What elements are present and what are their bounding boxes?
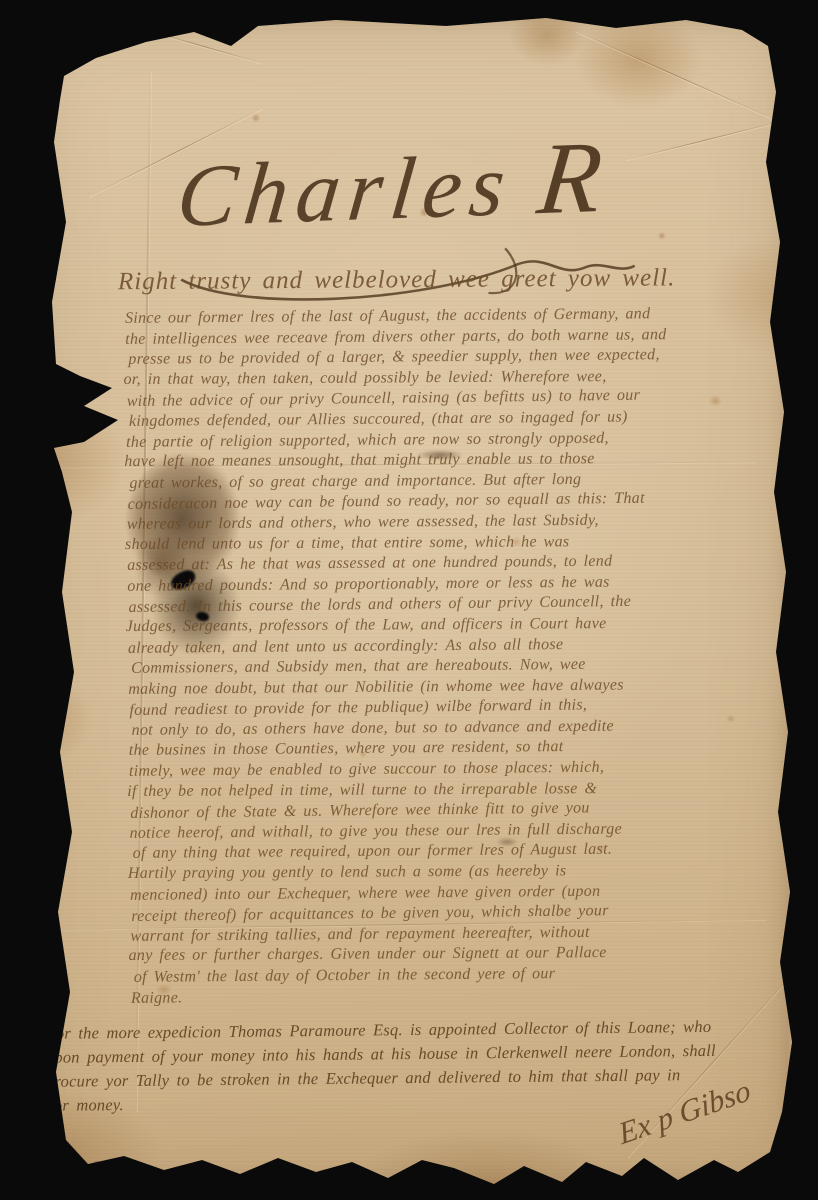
body-line: Judges, Sergeants, professors of the Law… bbox=[126, 613, 781, 638]
salutation-line: Right trusty and welbeloved wee greet yo… bbox=[118, 264, 768, 297]
photo-background: CharlesR Right trusty and welbeloved wee… bbox=[0, 0, 818, 1200]
crease-mark bbox=[146, 29, 262, 63]
letter-body: Since our former lres of the last of Aug… bbox=[125, 303, 786, 1009]
body-line: should lend unto us for a time, that ent… bbox=[125, 531, 780, 556]
crease-mark bbox=[575, 30, 772, 118]
signature-paraph: R bbox=[533, 121, 607, 237]
pencil-mark bbox=[74, 1154, 134, 1174]
body-line: Hartily praying you gently to lend such … bbox=[128, 860, 783, 885]
signature-name: Charles bbox=[173, 137, 518, 246]
manuscript-page: CharlesR Right trusty and welbeloved wee… bbox=[26, 12, 792, 1190]
